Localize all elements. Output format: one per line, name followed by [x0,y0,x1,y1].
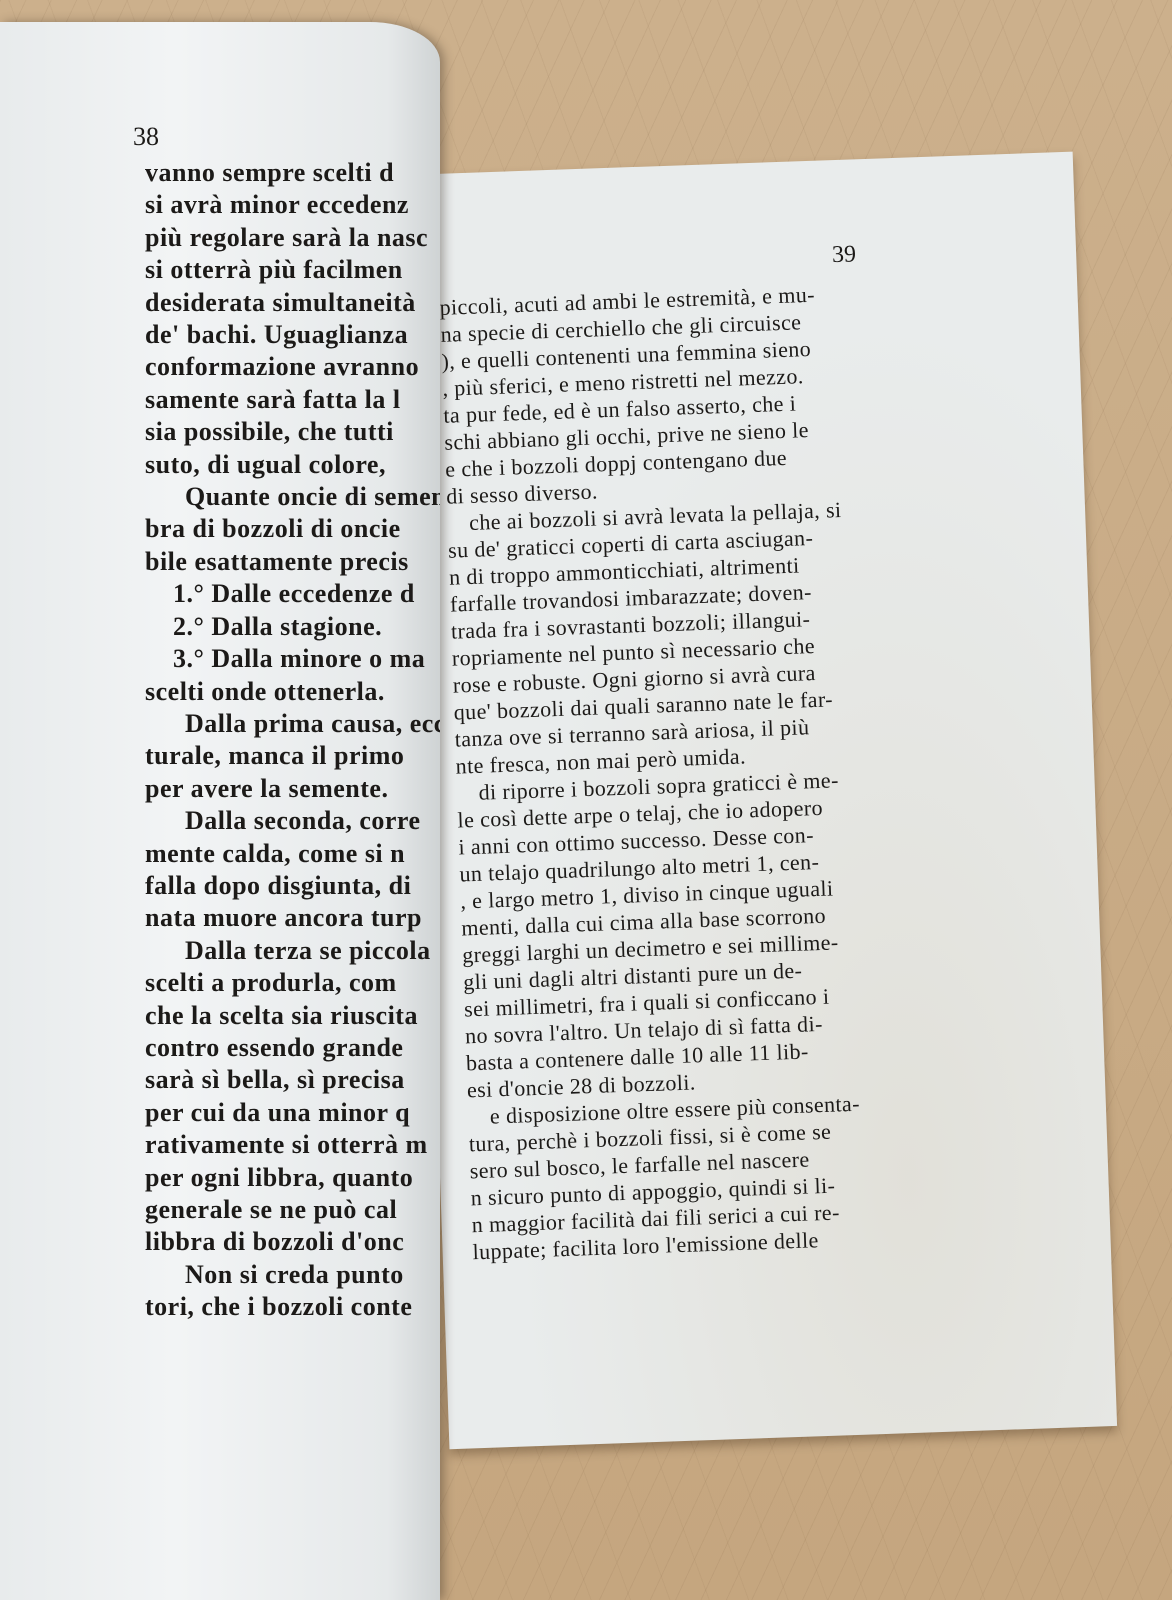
text-line: Dalla prima causa, ecc [145,708,440,740]
text-line: suto, di ugual colore, [145,449,440,481]
text-line: per avere la semente. [145,773,440,805]
text-line: bra di bozzoli di oncie [145,513,440,545]
text-line: bile esattamente precis [145,546,440,578]
text-line: Dalla terza se piccola [145,935,440,967]
text-line: tori, che i bozzoli conte [145,1291,440,1323]
right-page-text: piccoli, acuti ad ambi le estremità, e m… [439,278,933,1265]
text-line: conformazione avranno [145,351,440,383]
text-line: sia possibile, che tutti [145,416,440,448]
text-line: vanno sempre scelti d [145,157,440,189]
text-line: desiderata simultaneità [145,287,440,319]
text-line: si avrà minor eccedenz [145,189,440,221]
text-line: turale, manca il primo [145,740,440,772]
text-line: 2.° Dalla stagione. [145,611,440,643]
text-line: de' bachi. Uguaglianza [145,319,440,351]
text-line: Quante oncie di semen [145,481,440,513]
text-line: Dalla seconda, corre [145,805,440,837]
text-line: per ogni libbra, quanto [145,1162,440,1194]
left-page: 38 vanno sempre scelti dsi avrà minor ec… [0,22,440,1600]
text-line: 3.° Dalla minore o ma [145,643,440,675]
page-number: 38 [133,122,159,152]
text-line: sarà sì bella, sì precisa [145,1064,440,1096]
text-line: più regolare sarà la nasc [145,222,440,254]
text-line: Non si creda punto [145,1259,440,1291]
left-page-text: vanno sempre scelti dsi avrà minor ecced… [145,157,440,1324]
text-line: scelti a produrla, com [145,967,440,999]
text-line: per cui da una minor q [145,1097,440,1129]
text-line: samente sarà fatta la l [145,384,440,416]
text-line: che la scelta sia riuscita [145,1000,440,1032]
text-line: libbra di bozzoli d'onc [145,1226,440,1258]
page-number: 39 [832,241,857,269]
text-line: falla dopo disgiunta, di [145,870,440,902]
text-line: si otterrà più facilmen [145,254,440,286]
text-line: mente calda, come si n [145,838,440,870]
text-line: 1.° Dalle eccedenze d [145,578,440,610]
text-line: scelti onde ottenerla. [145,676,440,708]
text-line: contro essendo grande [145,1032,440,1064]
right-page: 39 piccoli, acuti ad ambi le estremità, … [405,152,1117,1450]
text-line: nata muore ancora turp [145,902,440,934]
text-line: generale se ne può cal [145,1194,440,1226]
text-line: rativamente si otterrà m [145,1129,440,1161]
